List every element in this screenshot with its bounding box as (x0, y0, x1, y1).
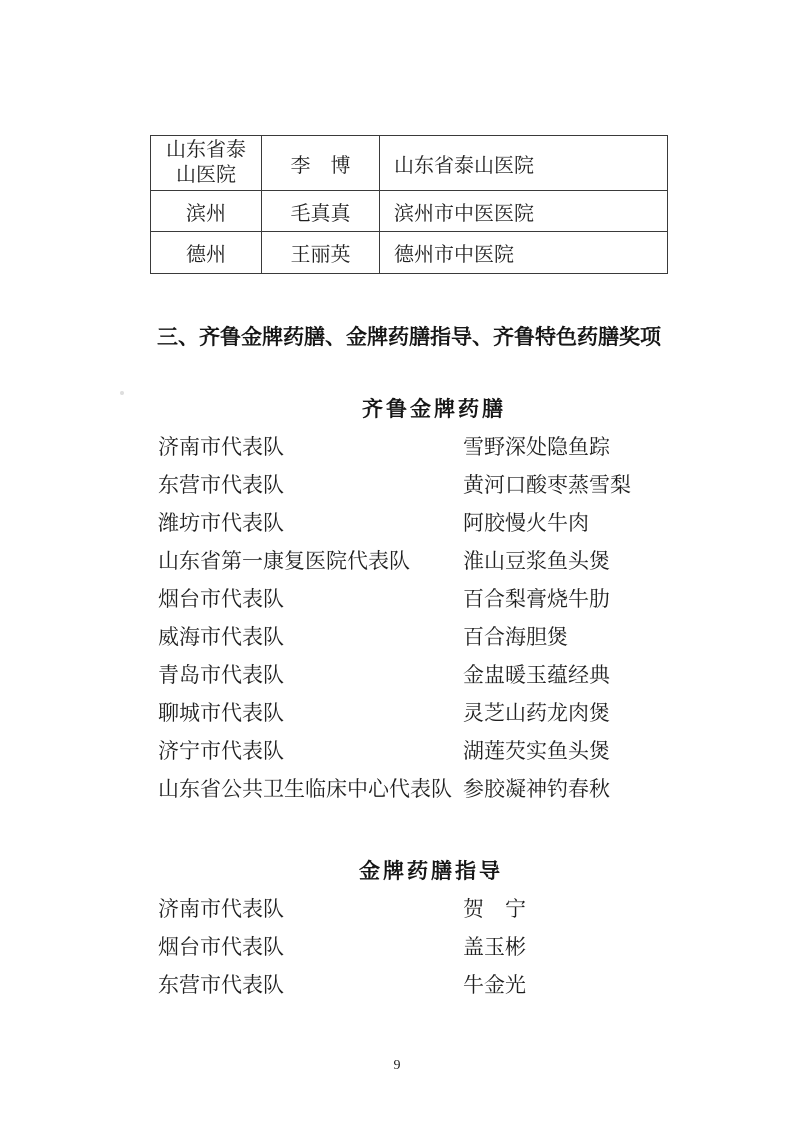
person-name: 牛金光 (463, 973, 526, 997)
list-item: 烟台市代表队 百合梨膏烧牛肋 (158, 587, 668, 611)
section-heading: 三、齐鲁金牌药膳、金牌药膳指导、齐鲁特色药膳奖项 (157, 321, 661, 351)
region-cell: 山东省泰山医院 (163, 138, 249, 188)
list-item: 济宁市代表队 湖莲芡实鱼头煲 (158, 739, 668, 763)
team-name: 东营市代表队 (158, 973, 284, 997)
dish-name: 百合海胆煲 (463, 625, 568, 649)
team-name: 济宁市代表队 (158, 739, 284, 763)
name-cell: 毛真真 (262, 191, 380, 232)
team-name: 青岛市代表队 (158, 663, 284, 687)
region-cell: 德州 (151, 232, 262, 274)
region-cell: 滨州 (151, 191, 262, 232)
list-item: 青岛市代表队 金盅暖玉蕴经典 (158, 663, 668, 687)
list-item: 东营市代表队 黄河口酸枣蒸雪梨 (158, 473, 668, 497)
team-name: 东营市代表队 (158, 473, 284, 497)
dish-name: 灵芝山药龙肉煲 (463, 701, 610, 725)
hospital-cell: 德州市中医院 (380, 232, 668, 274)
list-item: 烟台市代表队 盖玉彬 (158, 935, 668, 959)
list-item: 济南市代表队 雪野深处隐鱼踪 (158, 435, 668, 459)
list-item: 山东省公共卫生临床中心代表队 参胶凝神钓春秋 (158, 777, 668, 801)
list-item: 聊城市代表队 灵芝山药龙肉煲 (158, 701, 668, 725)
subsection-title-qilu-gold-dishes: 齐鲁金牌药膳 (362, 393, 506, 423)
dish-name: 淮山豆浆鱼头煲 (463, 549, 610, 573)
hospital-cell: 山东省泰山医院 (380, 136, 668, 191)
dish-name: 百合梨膏烧牛肋 (463, 587, 610, 611)
dish-name: 黄河口酸枣蒸雪梨 (463, 473, 631, 497)
table-row: 滨州 毛真真 滨州市中医医院 (151, 191, 668, 232)
dish-name: 金盅暖玉蕴经典 (463, 663, 610, 687)
dish-name: 阿胶慢火牛肉 (463, 511, 589, 535)
list-item: 潍坊市代表队 阿胶慢火牛肉 (158, 511, 668, 535)
dish-name: 参胶凝神钓春秋 (463, 777, 610, 801)
person-name: 盖玉彬 (463, 935, 526, 959)
team-name: 山东省公共卫生临床中心代表队 (158, 777, 452, 801)
award-winners-table: 山东省泰山医院 李 博 山东省泰山医院 滨州 毛真真 滨州市中医医院 德州 王丽… (150, 135, 668, 274)
table-row: 德州 王丽英 德州市中医院 (151, 232, 668, 274)
scan-artifact-dot (120, 391, 124, 395)
document-page: 山东省泰山医院 李 博 山东省泰山医院 滨州 毛真真 滨州市中医医院 德州 王丽… (0, 0, 794, 1123)
team-name: 烟台市代表队 (158, 935, 284, 959)
team-name: 烟台市代表队 (158, 587, 284, 611)
team-name: 威海市代表队 (158, 625, 284, 649)
team-name: 潍坊市代表队 (158, 511, 284, 535)
dish-name: 雪野深处隐鱼踪 (463, 435, 610, 459)
team-name: 济南市代表队 (158, 897, 284, 921)
page-number: 9 (0, 1058, 794, 1074)
list-item: 济南市代表队 贺 宁 (158, 897, 668, 921)
team-name: 聊城市代表队 (158, 701, 284, 725)
table-row: 山东省泰山医院 李 博 山东省泰山医院 (151, 136, 668, 191)
hospital-cell: 滨州市中医医院 (380, 191, 668, 232)
list-item: 山东省第一康复医院代表队 淮山豆浆鱼头煲 (158, 549, 668, 573)
list-item: 威海市代表队 百合海胆煲 (158, 625, 668, 649)
person-name: 贺 宁 (463, 897, 526, 921)
team-name: 山东省第一康复医院代表队 (158, 549, 410, 573)
dish-name: 湖莲芡实鱼头煲 (463, 739, 610, 763)
team-name: 济南市代表队 (158, 435, 284, 459)
subsection-title-gold-dish-guidance: 金牌药膳指导 (359, 855, 503, 885)
name-cell: 王丽英 (262, 232, 380, 274)
name-cell: 李 博 (262, 136, 380, 191)
list-item: 东营市代表队 牛金光 (158, 973, 668, 997)
